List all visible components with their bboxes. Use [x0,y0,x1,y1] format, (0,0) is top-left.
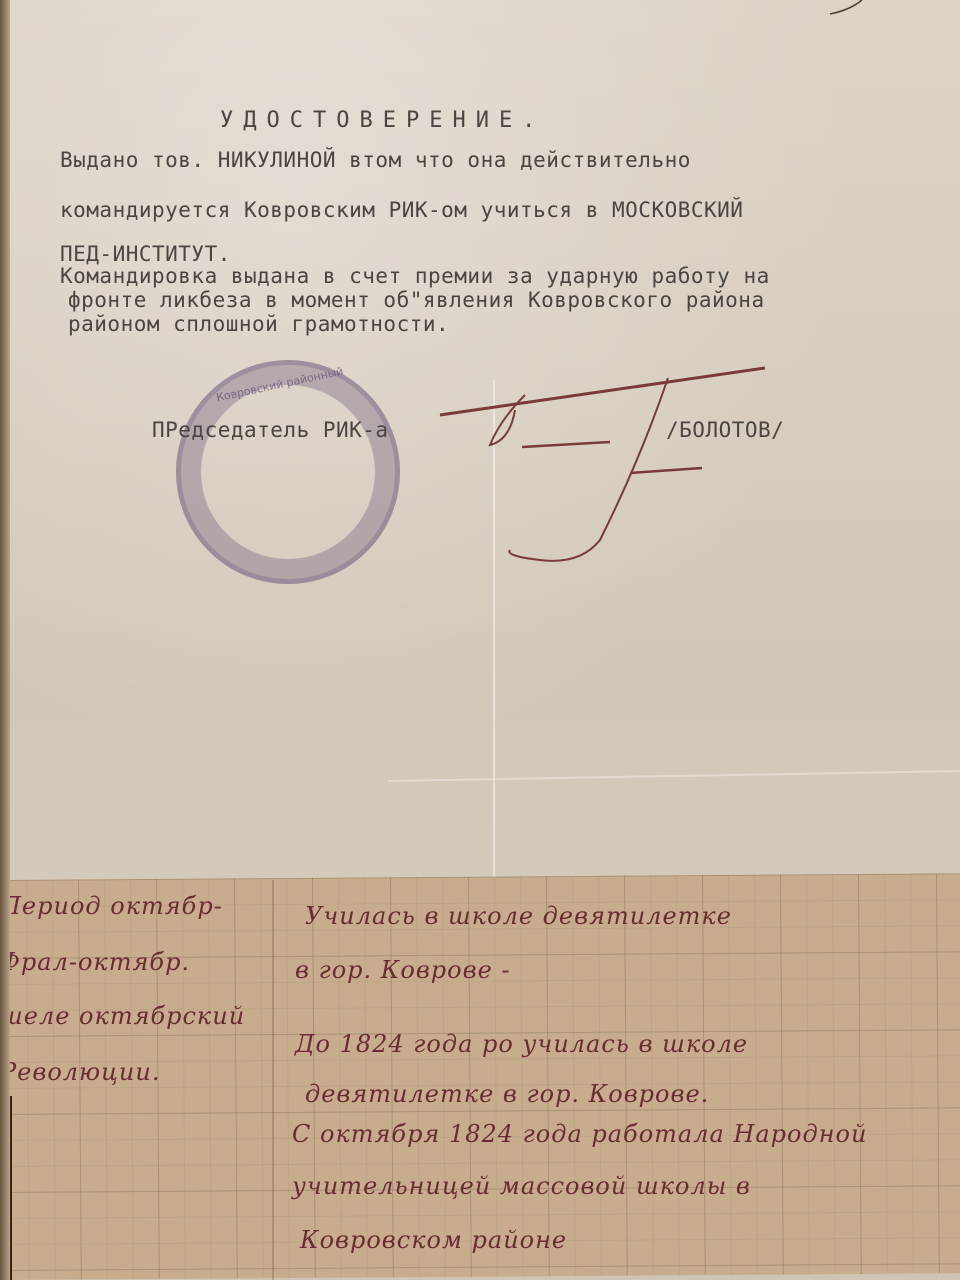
certificate-line: Командировка выдана в счет премии за уда… [60,264,770,288]
signatory-name: /БОЛОТОВ/ [666,418,784,442]
handwritten-left-line: Фрал-октябр. [0,948,190,976]
signature-icon [430,360,830,590]
handwritten-left-line: Период октябр- [0,892,223,920]
certificate-title: УДОСТОВЕРЕНИЕ. [220,108,545,133]
column-divider [272,880,274,1280]
signature-label: ПРедседатель РИК-а [152,418,389,442]
handwritten-right-line: учительницей массовой школы в [292,1172,751,1200]
handwritten-left-line: шеле октябрский [0,1002,245,1030]
document-photo: УДОСТОВЕРЕНИЕ. Выдано тов. НИКУЛИНОЙ вто… [0,0,960,1280]
official-stamp-icon [176,360,400,584]
handwritten-right-line: С октября 1824 года работала Народной [292,1120,867,1148]
handwritten-right-line: девятилетке в гор. Коврове. [305,1080,709,1108]
handwritten-right-line: Ковровском районе [300,1226,567,1254]
handwritten-left-line: Революции. [0,1058,160,1086]
certificate-line: районом сплошной грамотности. [68,312,449,336]
certificate-line: командируется Ковровским РИК-ом учиться … [60,198,743,222]
handwritten-right-line: До 1824 года ро училась в школе [295,1030,748,1058]
handwritten-right-line: в гор. Коврове - [295,956,511,984]
corner-pen-mark [820,0,900,20]
certificate-line: Выдано тов. НИКУЛИНОЙ втом что она дейст… [60,148,691,172]
certificate-line: фронте ликбеза в момент об"явления Ковро… [68,288,765,312]
certificate-line: ПЕД-ИНСТИТУТ. [60,242,231,266]
handwritten-right-line: Училась в школе девятилетке [305,902,732,930]
page-edge [0,0,10,1280]
